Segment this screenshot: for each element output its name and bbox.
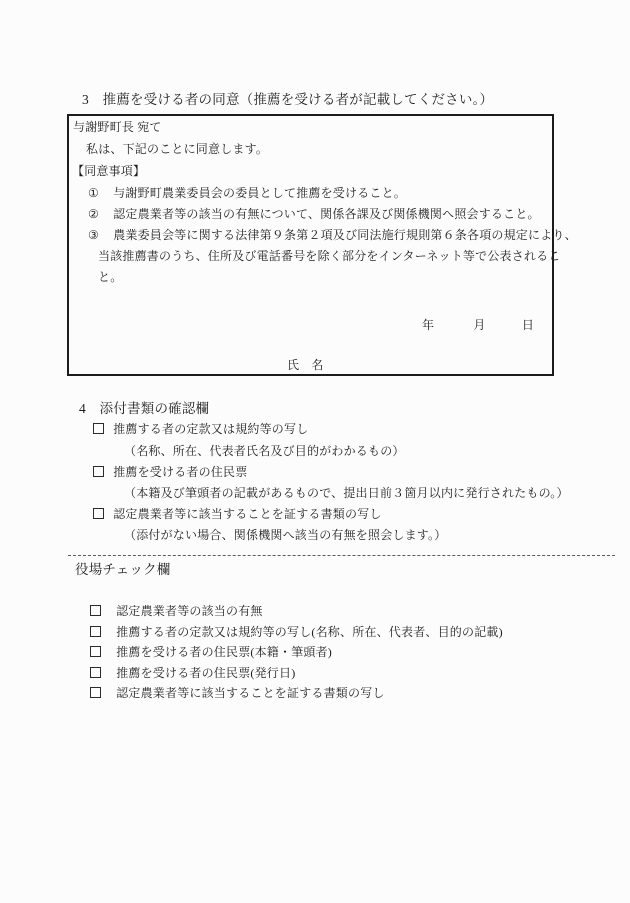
year-label: 年 [422, 318, 434, 332]
consent-item-1: ① 与謝野町農業委員会の委員として推薦を受けること。 [88, 186, 406, 200]
attachment-note: （添付がない場合、関係機関へ該当の有無を照会します。） [124, 528, 446, 542]
month-label: 月 [473, 318, 485, 332]
attachment-label: 認定農業者等に該当することを証する書類の写し [113, 507, 381, 521]
consent-box: 与謝野町長 宛て 私は、下記のことに同意します。 【同意事項】 ① 与謝野町農業… [67, 114, 554, 376]
attachment-item: 推薦を受ける者の住民票 [93, 465, 247, 479]
attachment-item: 推薦する者の定款又は規約等の写し [93, 422, 308, 436]
checkbox-icon [93, 508, 104, 519]
name-label: 氏 名 [287, 358, 324, 372]
day-label: 日 [522, 318, 534, 332]
attachment-item: 認定農業者等に該当することを証する書類の写し [93, 507, 382, 521]
date-line: 年 月 日 [422, 318, 534, 332]
item-number: ② [88, 207, 110, 221]
checkbox-icon [90, 667, 101, 678]
checkbox-icon [90, 605, 101, 616]
office-item-label: 推薦を受ける者の住民票(発行日) [116, 666, 295, 680]
section4-heading: 4 添付書類の確認欄 [79, 402, 209, 416]
checkbox-icon [93, 466, 104, 477]
item-text: 認定農業者等の該当の有無について、関係各課及び関係機関へ照会すること。 [113, 207, 540, 221]
addressee-line: 与謝野町長 宛て [73, 120, 162, 134]
consent-items-heading: 【同意事項】 [72, 164, 145, 178]
item-text: 農業委員会等に関する法律第９条第２項及び同法施行規則第６条各項の規定により、 [113, 228, 577, 242]
office-item-label: 推薦を受ける者の住民票(本籍・筆頭者) [116, 645, 332, 659]
office-section-divider [68, 555, 615, 556]
attachment-label: 推薦を受ける者の住民票 [113, 465, 247, 479]
office-check-item: 認定農業者等に該当することを証する書類の写し [90, 686, 385, 700]
consent-item-3-continued: と。 [98, 270, 122, 284]
office-check-item: 推薦する者の定款又は規約等の写し(名称、所在、代表者、目的の記載) [90, 625, 503, 639]
attachment-note: （本籍及び筆頭者の記載があるもので、提出日前３箇月以内に発行されたもの。） [124, 486, 569, 500]
item-text: 与謝野町農業委員会の委員として推薦を受けること。 [113, 186, 406, 200]
checkbox-icon [93, 423, 104, 434]
item-number: ① [88, 186, 110, 200]
office-item-label: 認定農業者等の該当の有無 [116, 604, 262, 618]
item-number: ③ [88, 228, 110, 242]
office-check-item: 推薦を受ける者の住民票(本籍・筆頭者) [90, 645, 332, 659]
checkbox-icon [90, 687, 101, 698]
section3-heading: 3 推薦を受ける者の同意（推薦を受ける者が記載してください。） [82, 93, 493, 107]
consent-item-3: ③ 農業委員会等に関する法律第９条第２項及び同法施行規則第６条各項の規定により、 [88, 228, 577, 242]
consent-item-2: ② 認定農業者等の該当の有無について、関係各課及び関係機関へ照会すること。 [88, 207, 540, 221]
consent-item-3-continued: 当該推薦書のうち、住所及び電話番号を除く部分をインターネット等で公表されるこ [98, 249, 561, 263]
office-check-heading: 役場チェック欄 [75, 563, 171, 577]
attachment-label: 推薦する者の定款又は規約等の写し [113, 422, 308, 436]
consent-statement: 私は、下記のことに同意します。 [86, 142, 268, 156]
office-check-item: 推薦を受ける者の住民票(発行日) [90, 666, 295, 680]
attachment-note: （名称、所在、代表者氏名及び目的がわかるもの） [124, 444, 405, 458]
checkbox-icon [90, 626, 101, 637]
office-item-label: 推薦する者の定款又は規約等の写し(名称、所在、代表者、目的の記載) [116, 625, 503, 639]
checkbox-icon [90, 646, 101, 657]
office-item-label: 認定農業者等に該当することを証する書類の写し [116, 686, 384, 700]
document-page: 3 推薦を受ける者の同意（推薦を受ける者が記載してください。） 与謝野町長 宛て… [0, 0, 630, 903]
office-check-item: 認定農業者等の該当の有無 [90, 604, 263, 618]
